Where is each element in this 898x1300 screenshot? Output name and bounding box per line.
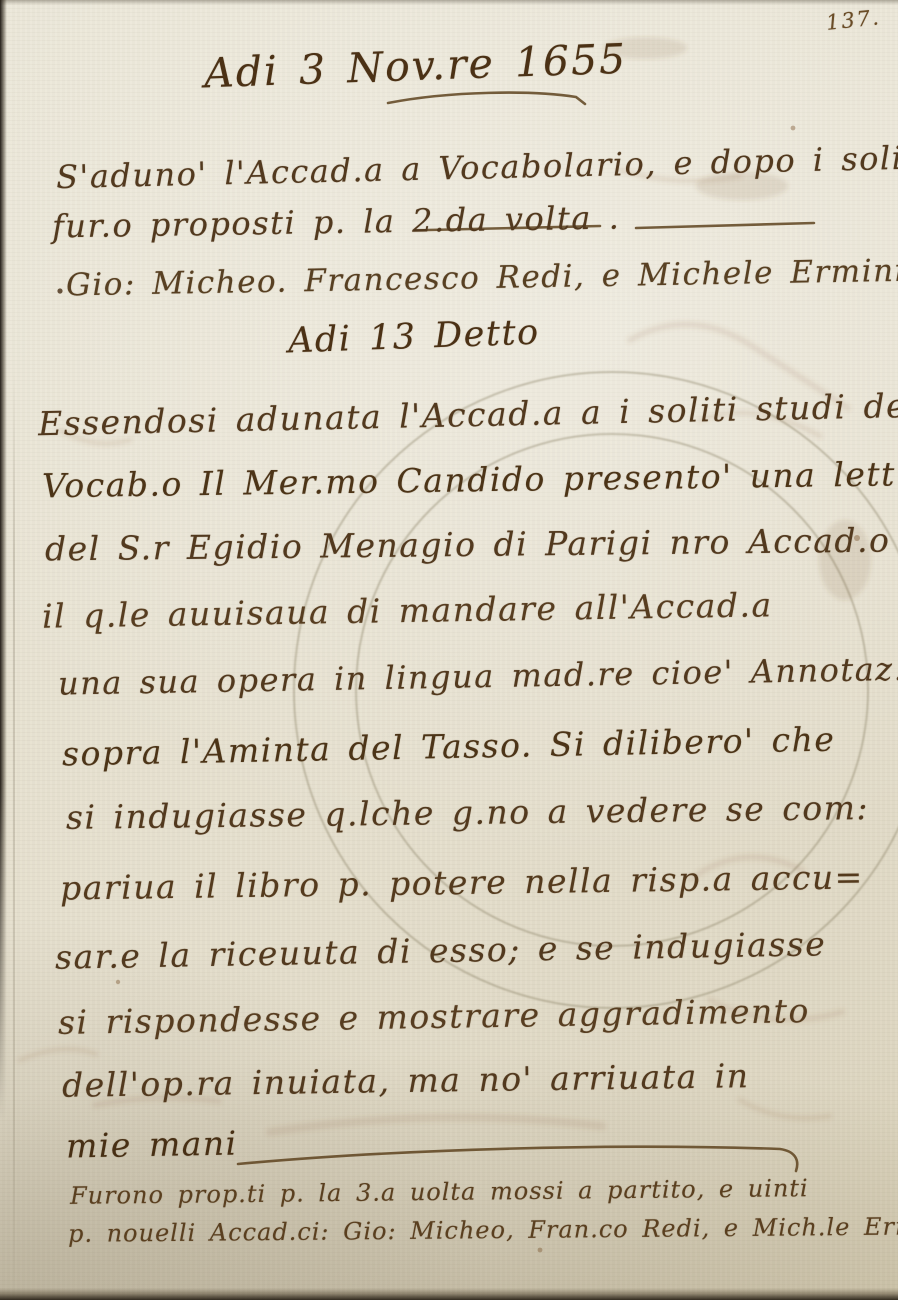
marginal-ink-dot — [57, 288, 62, 293]
manuscript-line: una sua opera in lingua mad.re cioe' Ann… — [58, 652, 898, 699]
entry1-dash-2 — [636, 223, 814, 228]
folio-number: 137. — [825, 7, 882, 34]
manuscript-postscript-line: p. nouelli Accad.ci: Gio: Micheo, Fran.c… — [68, 1214, 898, 1246]
manuscript-page: 137. Adi 3 Nov.re 1655 S'aduno' l'Accad.… — [0, 0, 898, 1300]
manuscript-line: sopra l'Aminta del Tasso. Si dilibero' c… — [62, 723, 836, 771]
manuscript-line: del S.r Egidio Menagio di Parigi nro Acc… — [45, 524, 891, 566]
paper-fold-line — [13, 370, 15, 1300]
bleed-through-ghosts — [20, 170, 848, 1132]
manuscript-line: Essendosi adunata l'Accad.a a i soliti s… — [38, 389, 898, 440]
heading-underline-flourish — [388, 93, 585, 104]
manuscript-line: S'aduno' l'Accad.a a Vocabolario, e dopo… — [56, 139, 898, 193]
manuscript-line: sar.e la riceuuta di esso; e se indugias… — [55, 927, 827, 973]
page-top-edge-shadow — [0, 0, 898, 5]
paper-artifacts-layer — [0, 0, 898, 1300]
page-bottom-edge-shadow — [0, 1288, 898, 1300]
manuscript-line: Vocab.o Il Mer.mo Candido presento' una … — [42, 457, 898, 503]
page-left-edge-shadow — [0, 0, 7, 1120]
manuscript-line: Gio: Micheo. Francesco Redi, e Michele E… — [66, 256, 898, 302]
manuscript-postscript-line: Furono prop.ti p. la 3.a uolta mossi a p… — [70, 1176, 809, 1208]
manuscript-line: il q.le auuisaua di mandare all'Accad.a — [42, 588, 773, 632]
manuscript-line: dell'op.ra inuiata, ma no' arriuata in — [62, 1059, 750, 1102]
entry1-date-heading: Adi 3 Nov.re 1655 — [203, 39, 627, 95]
manuscript-line: si rispondesse e mostrare aggradimento — [58, 994, 810, 1039]
manuscript-line: si indugiasse q.lche g.no a vedere se co… — [66, 791, 869, 834]
manuscript-line: mie mani — [66, 1127, 238, 1163]
manuscript-line: fur.o proposti p. la 2.da volta . — [52, 202, 621, 243]
mie-mani-underline-flourish — [238, 1147, 797, 1171]
manuscript-line: pariua il libro p. potere nella risp.a a… — [60, 860, 864, 904]
entry2-date-heading: Adi 13 Detto — [287, 316, 540, 360]
